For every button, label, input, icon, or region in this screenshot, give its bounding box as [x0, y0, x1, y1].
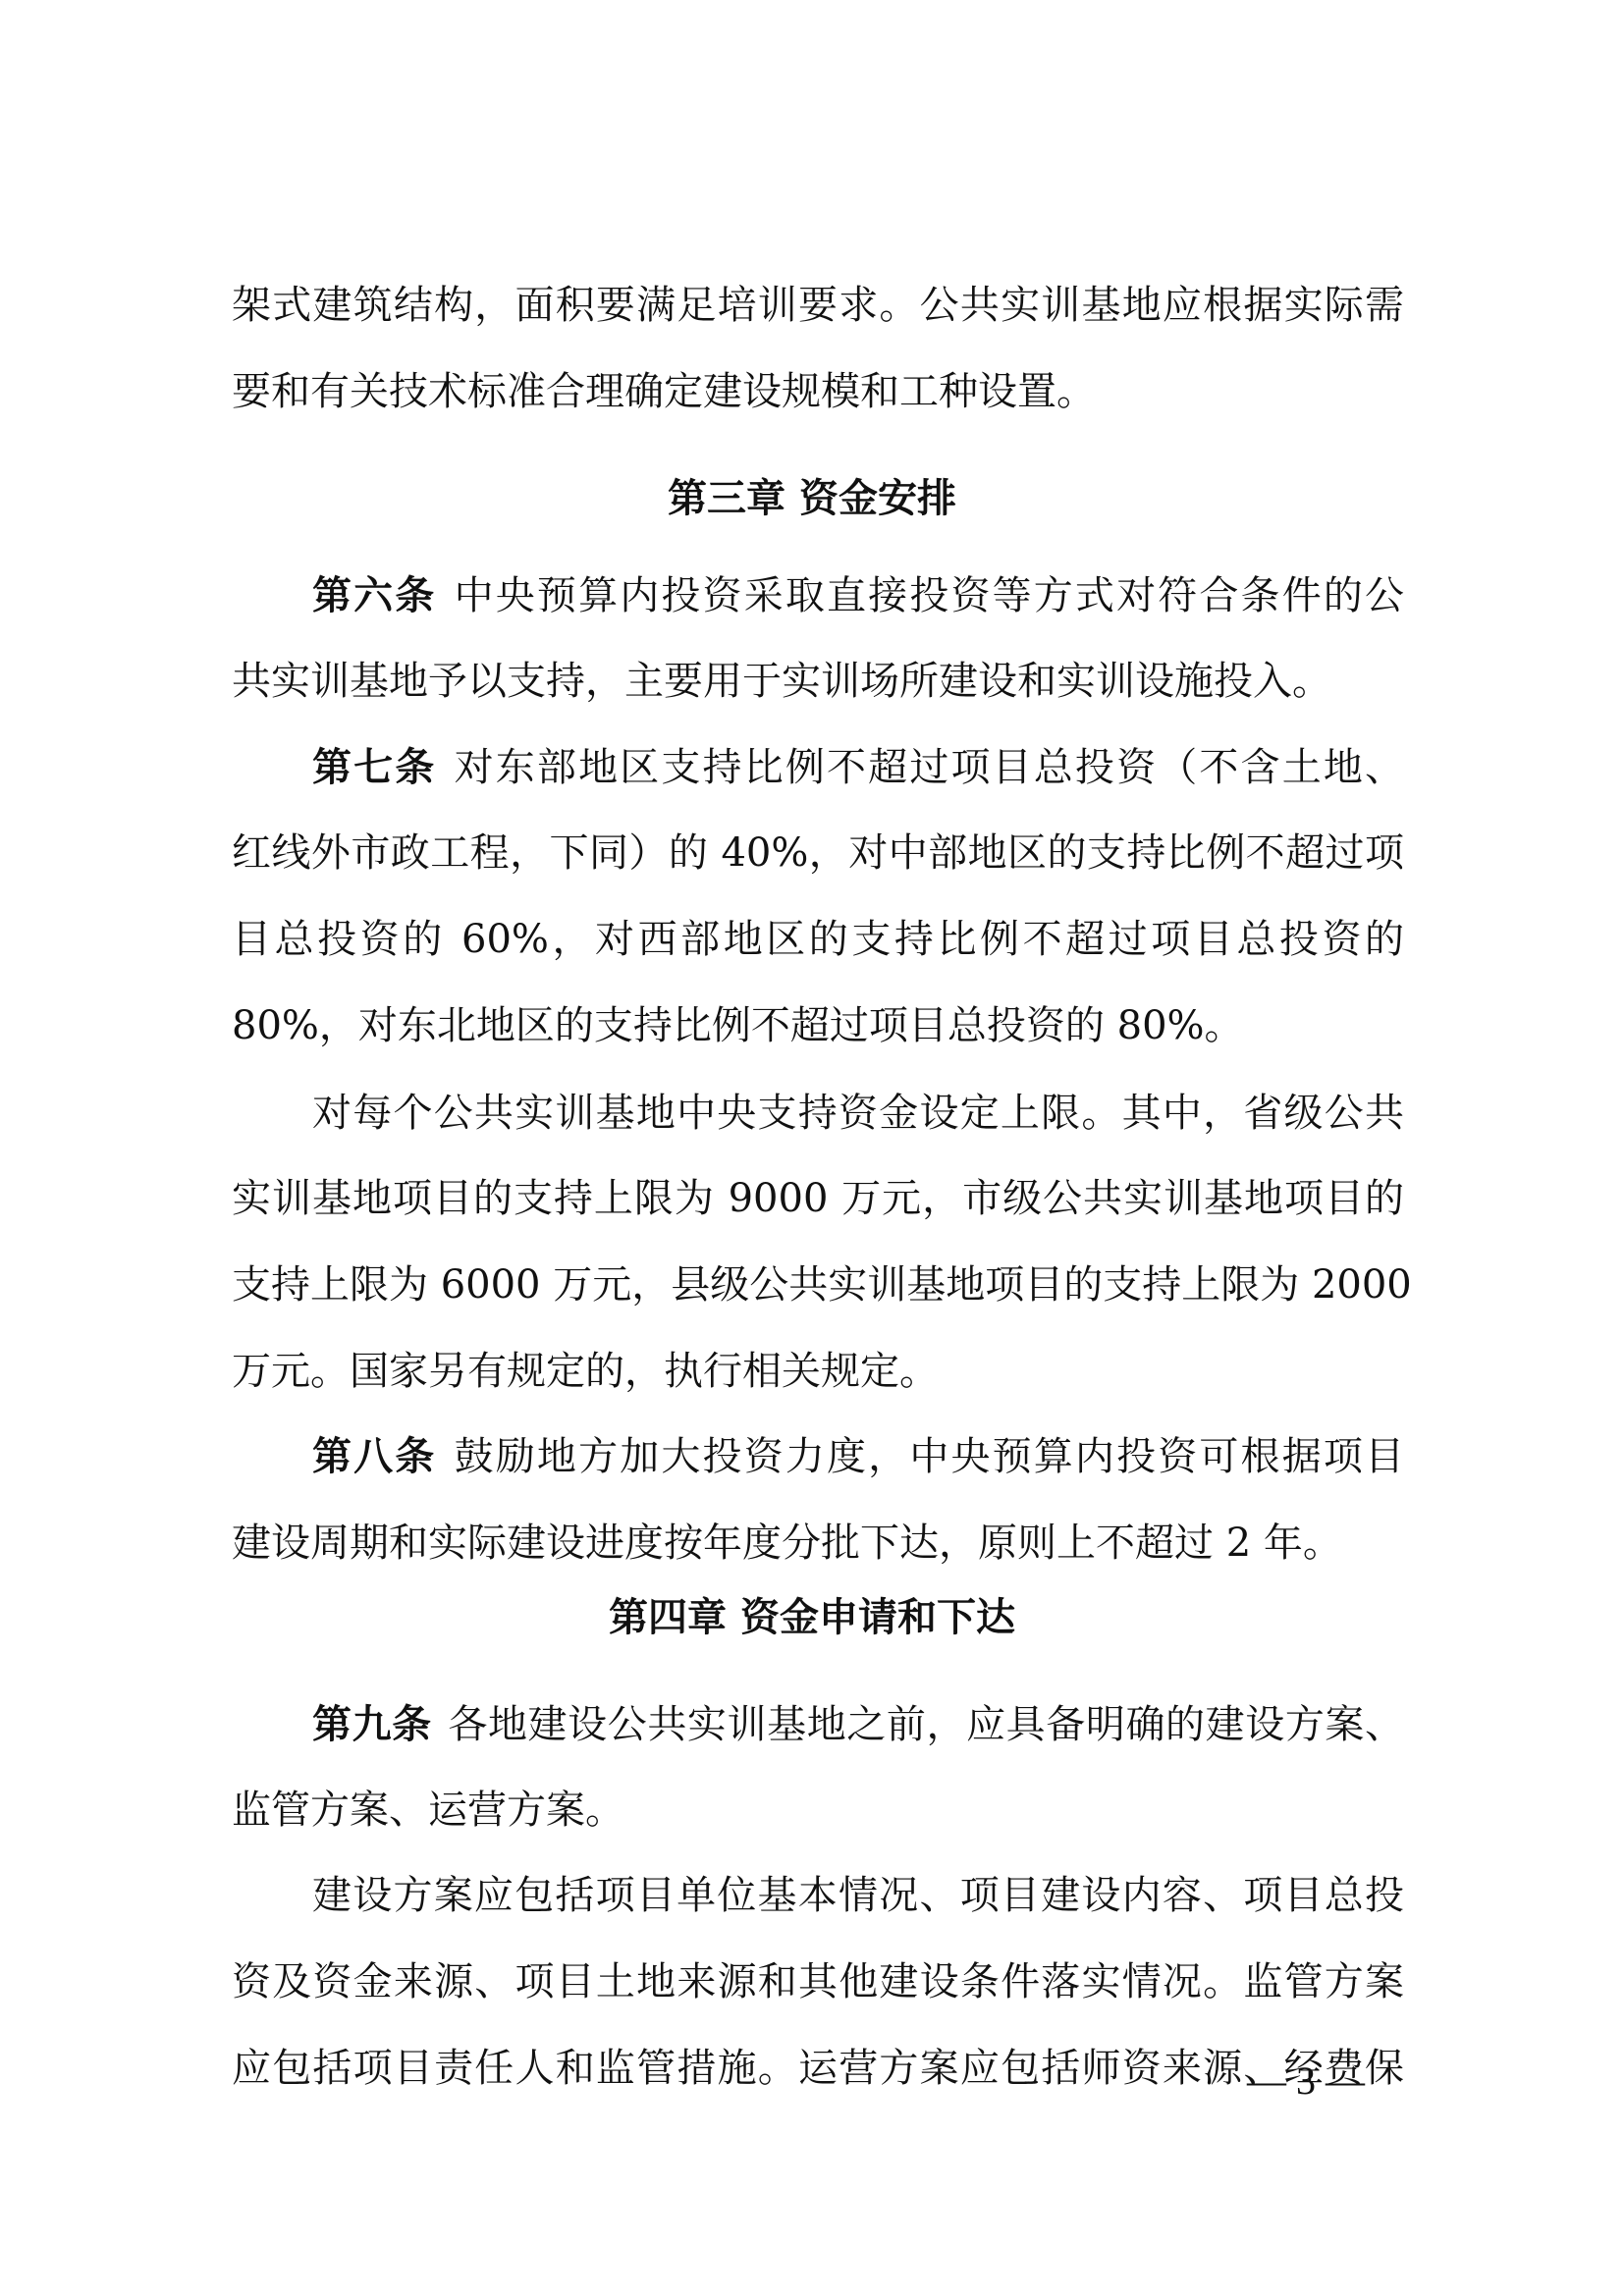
article-label: 第九条 — [312, 1702, 432, 1747]
article-label: 第七条 — [312, 745, 436, 790]
chapter-heading: 第四章 资金申请和下达 — [0, 1588, 1624, 1647]
article-line: 第六条中央预算内投资采取直接投资等方式对符合条件的公 — [312, 566, 1404, 625]
paragraph-line: 建设周期和实际建设进度按年度分批下达，原则上不超过 2 年。 — [232, 1514, 1404, 1573]
paragraph-line: 目总投资的 60%，对西部地区的支持比例不超过项目总投资的 — [232, 910, 1404, 969]
article-text: 中央预算内投资采取直接投资等方式对符合条件的公 — [452, 573, 1404, 618]
paragraph-line: 要和有关技术标准合理确定建设规模和工种设置。 — [232, 362, 1404, 421]
paragraph-line: 支持上限为 6000 万元，县级公共实训基地项目的支持上限为 2000 — [232, 1255, 1404, 1314]
page-number: — 3 — — [1247, 2052, 1365, 2110]
article-line: 第八条鼓励地方加大投资力度，中央预算内投资可根据项目 — [312, 1427, 1404, 1486]
paragraph-line: 架式建筑结构，面积要满足培训要求。公共实训基地应根据实际需 — [232, 276, 1404, 335]
paragraph-line: 80%，对东北地区的支持比例不超过项目总投资的 80%。 — [232, 996, 1404, 1055]
paragraph-line: 万元。国家另有规定的，执行相关规定。 — [232, 1342, 1404, 1401]
paragraph-line: 对每个公共实训基地中央支持资金设定上限。其中，省级公共 — [312, 1084, 1404, 1143]
paragraph-line: 资及资金来源、项目土地来源和其他建设条件落实情况。监管方案 — [232, 1952, 1404, 2011]
article-text: 鼓励地方加大投资力度，中央预算内投资可根据项目 — [452, 1434, 1404, 1479]
chapter-heading: 第三章 资金安排 — [0, 469, 1624, 528]
article-text: 对东部地区支持比例不超过项目总投资（不含土地、 — [452, 745, 1404, 790]
paragraph-line: 建设方案应包括项目单位基本情况、项目建设内容、项目总投 — [312, 1866, 1404, 1925]
article-line: 第九条各地建设公共实训基地之前，应具备明确的建设方案、 — [312, 1695, 1404, 1754]
article-line: 第七条对东部地区支持比例不超过项目总投资（不含土地、 — [312, 738, 1404, 797]
paragraph-line: 共实训基地予以支持，主要用于实训场所建设和实训设施投入。 — [232, 652, 1404, 711]
document-page: 架式建筑结构，面积要满足培训要求。公共实训基地应根据实际需 要和有关技术标准合理… — [0, 0, 1624, 2296]
paragraph-line: 实训基地项目的支持上限为 9000 万元，市级公共实训基地项目的 — [232, 1169, 1404, 1228]
paragraph-line: 应包括项目责任人和监管措施。运营方案应包括师资来源、经费保 — [232, 2039, 1404, 2098]
article-label: 第六条 — [312, 573, 436, 618]
article-label: 第八条 — [312, 1434, 436, 1479]
paragraph-line: 监管方案、运营方案。 — [232, 1781, 1404, 1840]
paragraph-line: 红线外市政工程，下同）的 40%，对中部地区的支持比例不超过项 — [232, 824, 1404, 882]
article-text: 各地建设公共实训基地之前，应具备明确的建设方案、 — [448, 1702, 1404, 1747]
